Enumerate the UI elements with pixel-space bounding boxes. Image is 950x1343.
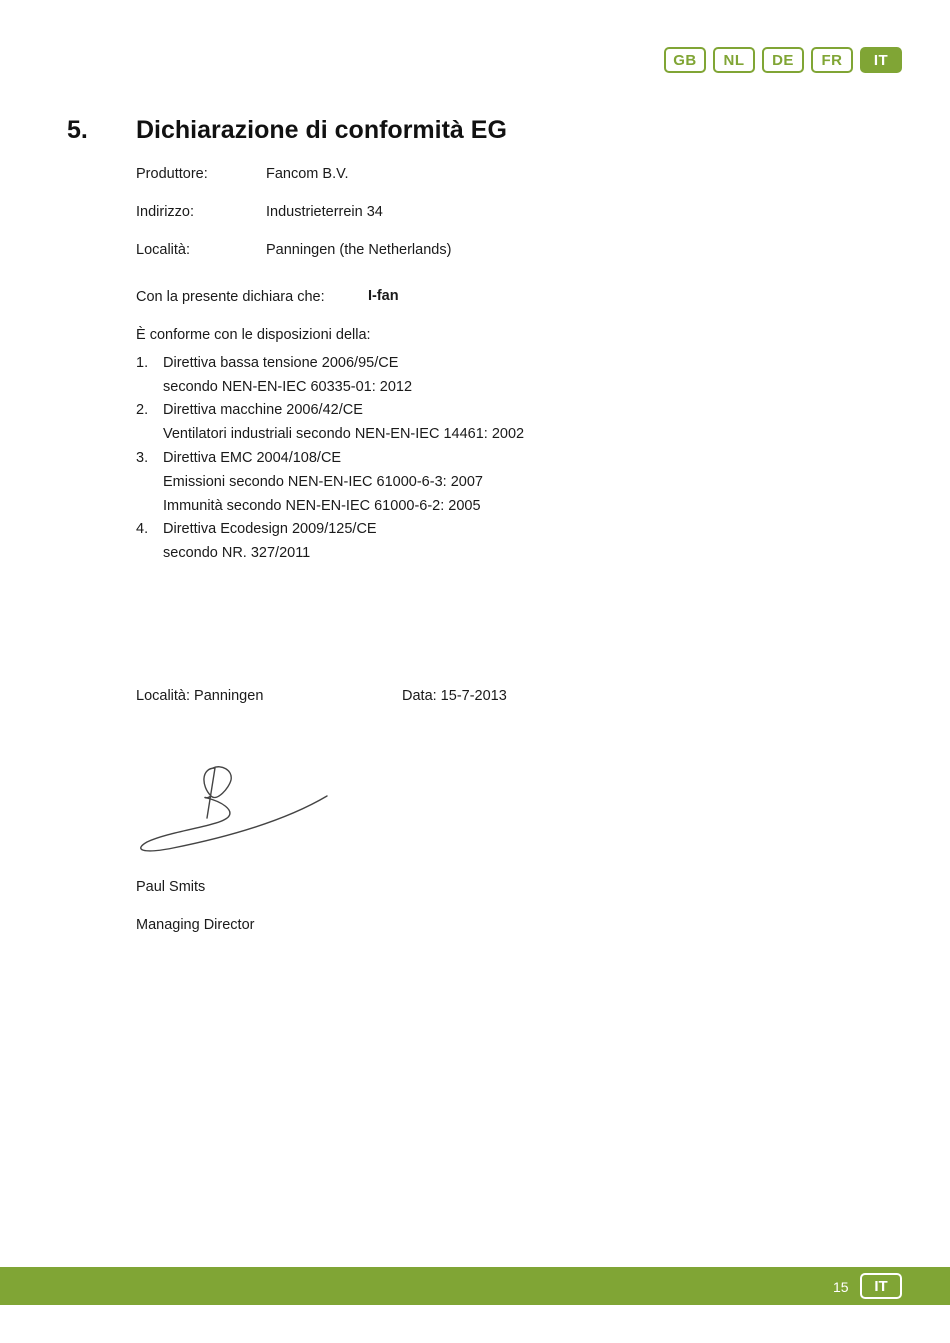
address-value: Industrieterrein 34	[266, 204, 383, 220]
lang-tab-gb[interactable]: GB	[664, 47, 706, 73]
page-number: 15	[833, 1279, 849, 1295]
directive-title: Direttiva bassa tensione 2006/95/CE	[163, 355, 398, 371]
city-label: Località:	[136, 242, 190, 258]
directive-title: Direttiva Ecodesign 2009/125/CE	[163, 521, 377, 537]
directive-number: 4.	[136, 521, 148, 537]
directive-title: Direttiva macchine 2006/42/CE	[163, 402, 363, 418]
language-selector: GB NL DE FR IT	[664, 47, 902, 73]
directive-title: Direttiva EMC 2004/108/CE	[163, 450, 341, 466]
lang-tab-de[interactable]: DE	[762, 47, 804, 73]
product-name: I-fan	[368, 288, 399, 304]
signatory-role: Managing Director	[136, 917, 254, 933]
conformity-intro: È conforme con le disposizioni della:	[136, 327, 371, 343]
lang-tab-nl[interactable]: NL	[713, 47, 755, 73]
address-label: Indirizzo:	[136, 204, 194, 220]
place: Località: Panningen	[136, 688, 263, 704]
footer-bar	[0, 1267, 950, 1305]
directive-detail: Emissioni secondo NEN-EN-IEC 61000-6-3: …	[163, 474, 483, 490]
lang-tab-it[interactable]: IT	[860, 47, 902, 73]
directive-number: 1.	[136, 355, 148, 371]
signatory-name: Paul Smits	[136, 879, 205, 895]
manufacturer-label: Produttore:	[136, 166, 208, 182]
directive-detail: Ventilatori industriali secondo NEN-EN-I…	[163, 426, 524, 442]
city-value: Panningen (the Netherlands)	[266, 242, 451, 258]
manufacturer-value: Fancom B.V.	[266, 166, 348, 182]
directive-detail: secondo NEN-EN-IEC 60335-01: 2012	[163, 379, 412, 395]
lang-tab-fr[interactable]: FR	[811, 47, 853, 73]
section-number: 5.	[67, 116, 88, 145]
signature-image	[133, 760, 333, 860]
directive-detail: secondo NR. 327/2011	[163, 545, 310, 561]
section-title: Dichiarazione di conformità EG	[136, 116, 507, 145]
declaration-label: Con la presente dichiara che:	[136, 289, 325, 305]
directive-number: 2.	[136, 402, 148, 418]
footer-language-badge: IT	[860, 1273, 902, 1299]
directive-number: 3.	[136, 450, 148, 466]
date: Data: 15-7-2013	[402, 688, 507, 704]
directive-detail: Immunità secondo NEN-EN-IEC 61000-6-2: 2…	[163, 498, 481, 514]
